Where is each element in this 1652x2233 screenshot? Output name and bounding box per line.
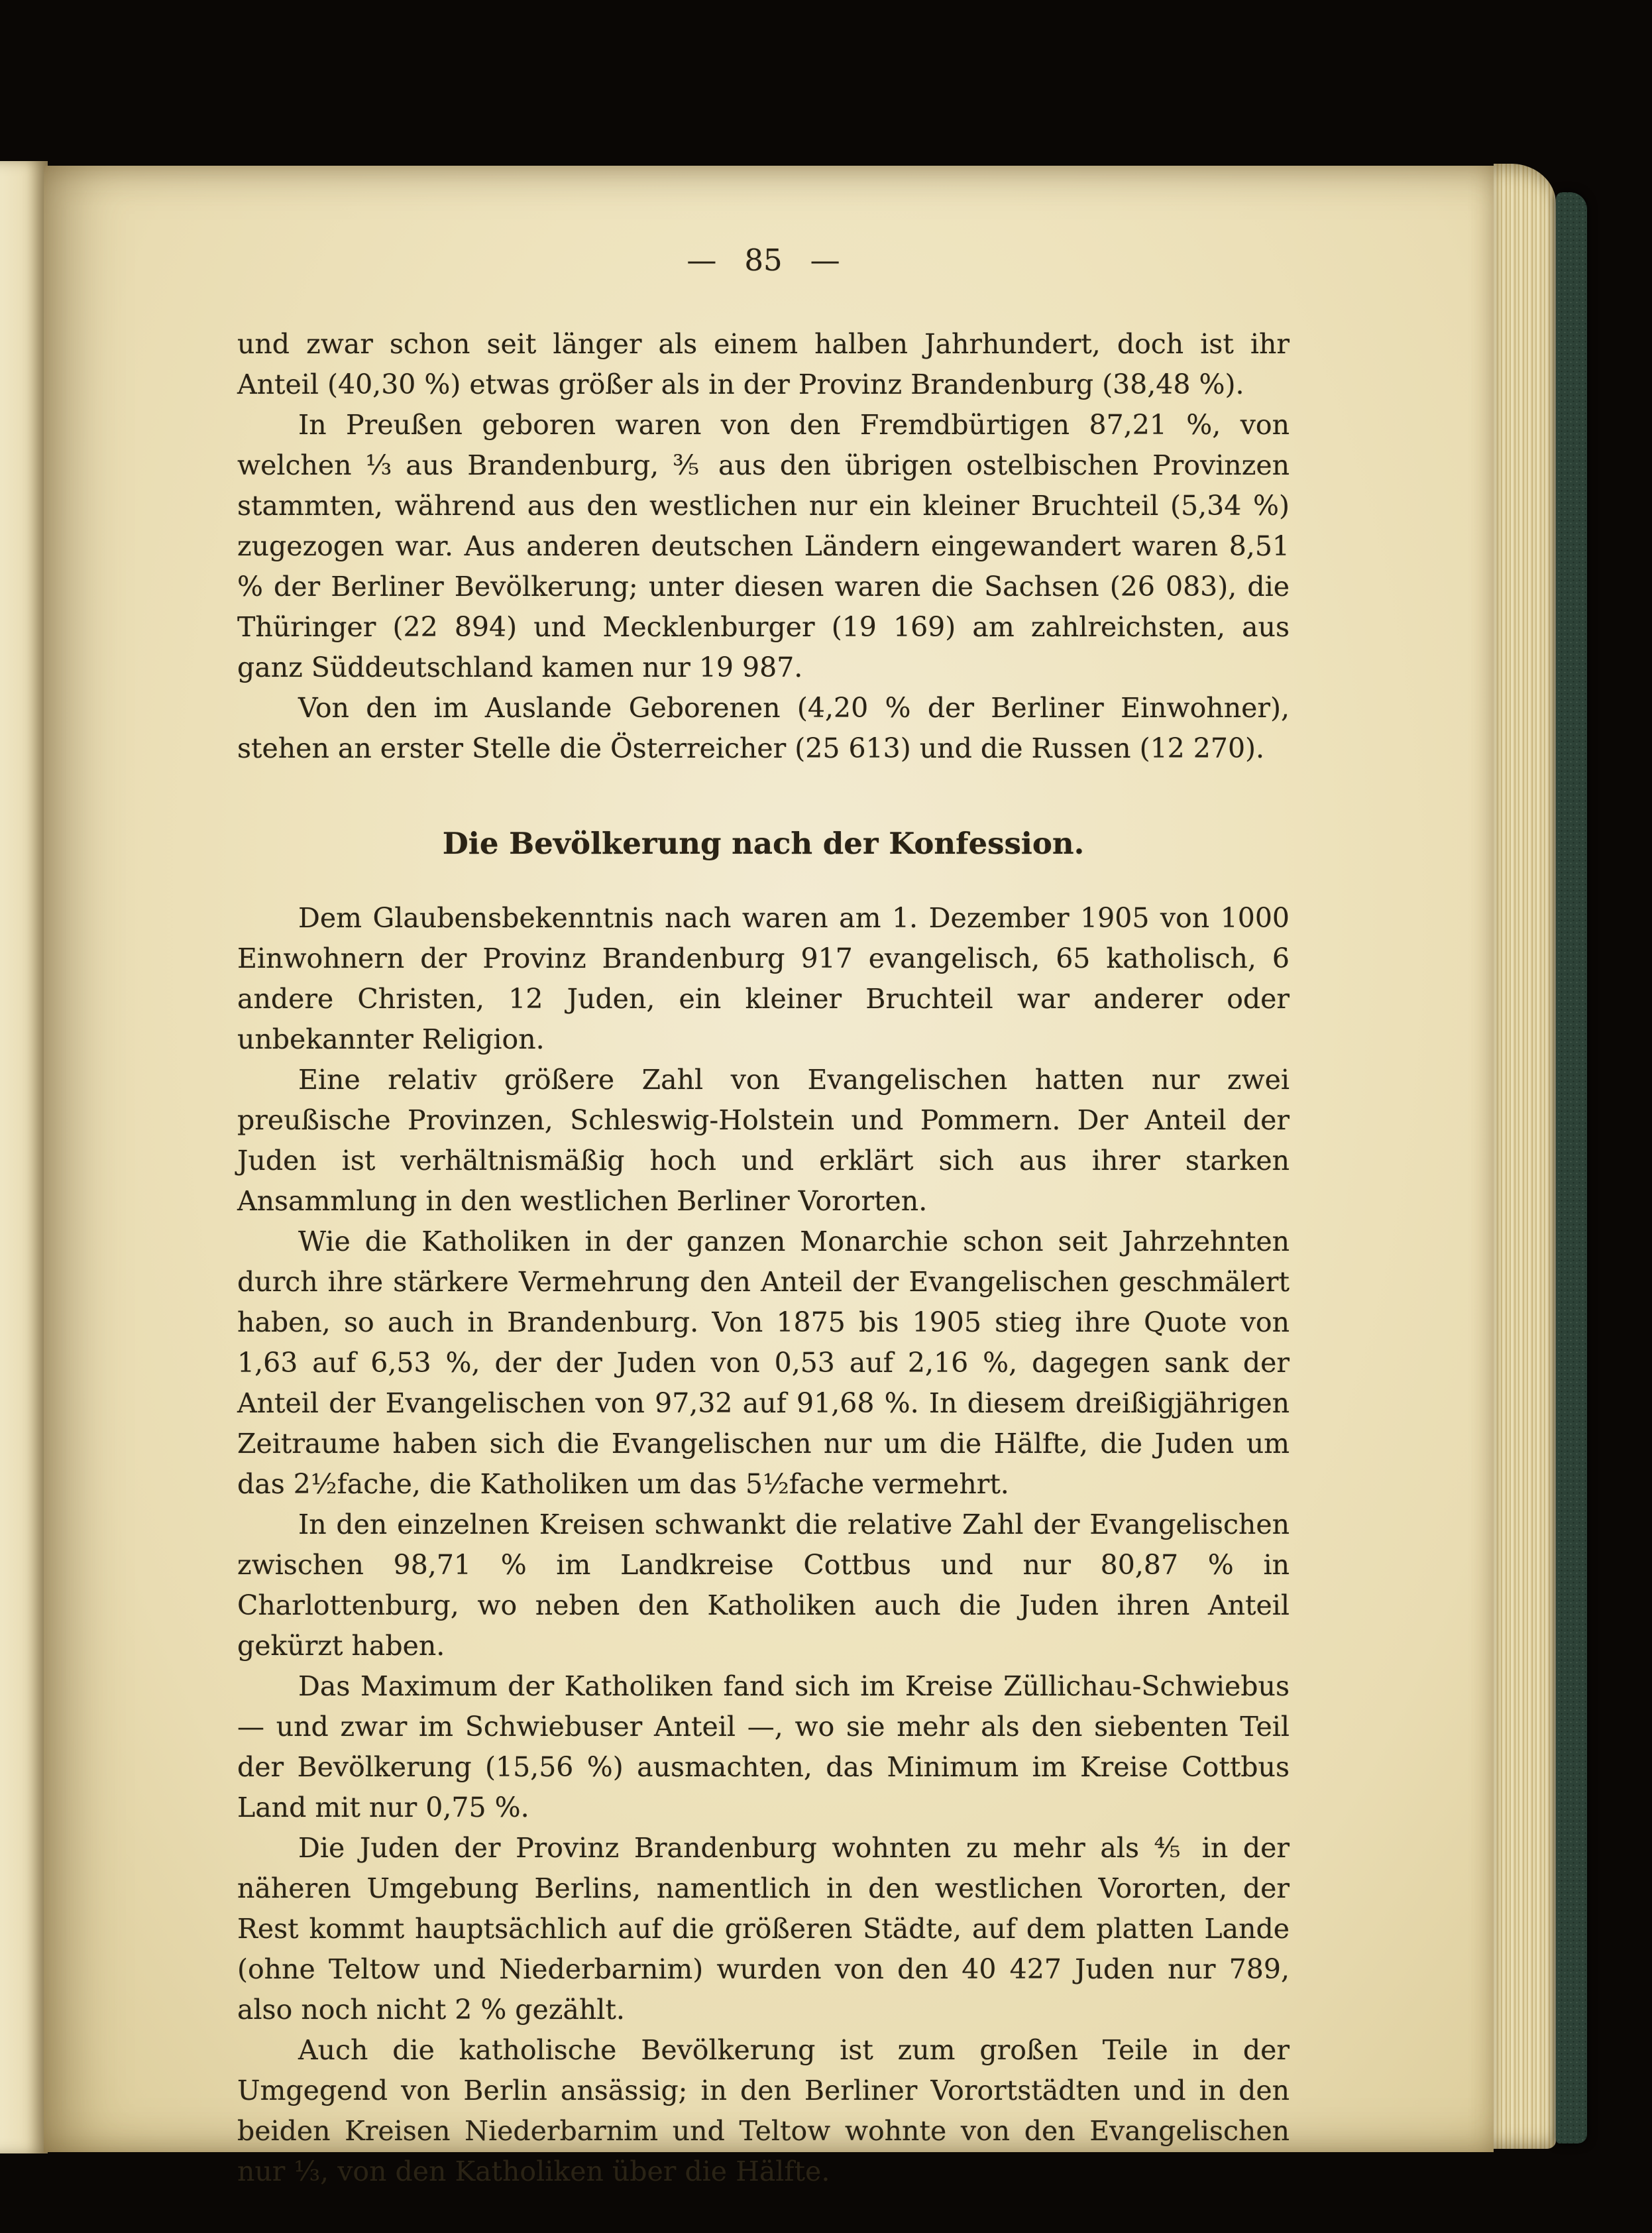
paragraph-intro-1: und zwar schon seit länger als einem hal… <box>237 324 1290 405</box>
stacked-page-edges <box>1494 164 1556 2149</box>
book-cover-cloth-edge <box>1556 192 1587 2144</box>
paragraph-intro-3: Von den im Auslande Geborenen (4,20 % de… <box>237 688 1290 769</box>
page-number-row: — 85 — <box>237 243 1290 278</box>
page-number-dash-right: — <box>810 243 840 278</box>
section-heading: Die Bevölkerung nach der Konfession. <box>237 826 1290 861</box>
paragraph-konfession-7: Auch die katholische Bevölkerung ist zum… <box>237 2030 1290 2192</box>
paragraph-konfession-6: Die Juden der Provinz Brandenburg wohnte… <box>237 1828 1290 2030</box>
scan-background: — 85 — und zwar schon seit länger als ei… <box>0 0 1652 2233</box>
paragraph-konfession-5: Das Maximum der Katholiken fand sich im … <box>237 1666 1290 1828</box>
paragraph-intro-2: In Preußen geboren waren von den Fremdbü… <box>237 405 1290 688</box>
adjacent-page-sliver <box>0 161 48 2153</box>
paragraph-konfession-3: Wie die Katholiken in der ganzen Monarch… <box>237 1222 1290 1505</box>
paragraph-konfession-2: Eine relativ größere Zahl von Evangelisc… <box>237 1060 1290 1222</box>
page-number-dash-left: — <box>687 243 716 278</box>
paragraph-konfession-4: In den einzelnen Kreisen schwankt die re… <box>237 1505 1290 1666</box>
book-page: — 85 — und zwar schon seit länger als ei… <box>44 166 1494 2152</box>
text-block: — 85 — und zwar schon seit länger als ei… <box>237 243 1290 2192</box>
page-number: 85 <box>744 243 782 278</box>
paragraph-konfession-1: Dem Glaubensbekenntnis nach waren am 1. … <box>237 898 1290 1060</box>
